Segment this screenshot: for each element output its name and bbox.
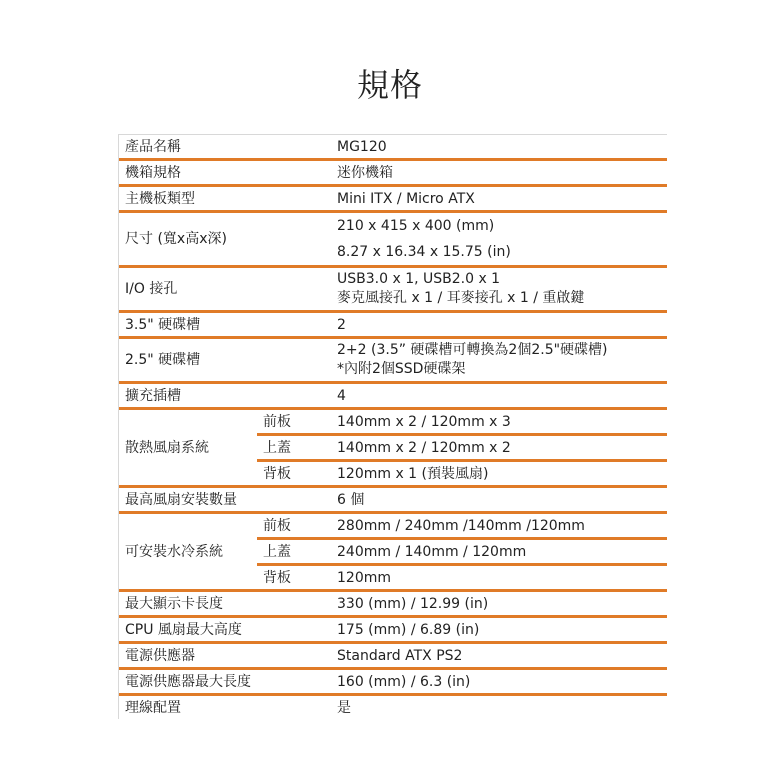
spec-value: 240mm / 140mm / 120mm <box>331 540 667 563</box>
spec-value-mm: 210 x 415 x 400 (mm) <box>337 213 667 239</box>
spec-value-line: *內附2個SSD硬碟架 <box>337 360 667 379</box>
spec-label: 可安裝水冷系統 <box>119 514 257 589</box>
spec-value: 120mm x 1 (預裝風扇) <box>331 462 667 485</box>
spec-value-group: USB3.0 x 1, USB2.0 x 1 麥克風接孔 x 1 / 耳麥接孔 … <box>331 268 667 310</box>
spec-sub-label: 背板 <box>257 462 331 485</box>
spec-row-dimensions: 尺寸 (寬x高x深) 210 x 415 x 400 (mm) 8.27 x 1… <box>119 213 667 268</box>
spec-row-cable-mgmt: 理線配置 是 <box>119 696 667 719</box>
spec-value: 140mm x 2 / 120mm x 3 <box>331 410 667 433</box>
spec-value: 160 (mm) / 6.3 (in) <box>331 670 667 693</box>
spec-row-motherboard: 主機板類型 Mini ITX / Micro ATX <box>119 187 667 213</box>
spec-value-line: USB3.0 x 1, USB2.0 x 1 <box>337 270 667 289</box>
spec-row-io-ports: I/O 接孔 USB3.0 x 1, USB2.0 x 1 麥克風接孔 x 1 … <box>119 268 667 313</box>
spec-label: 最高風扇安裝數量 <box>119 488 331 511</box>
spec-row-psu-length: 電源供應器最大長度 160 (mm) / 6.3 (in) <box>119 670 667 696</box>
spec-row-cpu-cooler: CPU 風扇最大高度 175 (mm) / 6.89 (in) <box>119 618 667 644</box>
page-title: 規格 <box>0 60 780 106</box>
spec-subrow: 上蓋 140mm x 2 / 120mm x 2 <box>257 436 667 462</box>
spec-value-group: 210 x 415 x 400 (mm) 8.27 x 16.34 x 15.7… <box>331 213 667 265</box>
spec-table: 產品名稱 MG120 機箱規格 迷你機箱 主機板類型 Mini ITX / Mi… <box>118 134 667 719</box>
spec-subrow: 前板 140mm x 2 / 120mm x 3 <box>257 410 667 436</box>
spec-label: 機箱規格 <box>119 161 331 184</box>
spec-row-bay-25: 2.5" 硬碟槽 2+2 (3.5” 硬碟槽可轉換為2個2.5"硬碟槽) *內附… <box>119 339 667 384</box>
spec-value-in: 8.27 x 16.34 x 15.75 (in) <box>337 239 667 265</box>
spec-sub-label: 背板 <box>257 566 331 589</box>
spec-row-product-name: 產品名稱 MG120 <box>119 135 667 161</box>
spec-sub-label: 前板 <box>257 514 331 537</box>
spec-label: 主機板類型 <box>119 187 331 210</box>
spec-value-line: 麥克風接孔 x 1 / 耳麥接孔 x 1 / 重啟鍵 <box>337 289 667 308</box>
spec-value-line: 2+2 (3.5” 硬碟槽可轉換為2個2.5"硬碟槽) <box>337 341 667 360</box>
spec-label: 理線配置 <box>119 696 331 719</box>
spec-subrow: 背板 120mm x 1 (預裝風扇) <box>257 462 667 485</box>
spec-group-cooling-fans: 散熱風扇系統 前板 140mm x 2 / 120mm x 3 上蓋 140mm… <box>119 410 667 488</box>
spec-sub-label: 前板 <box>257 410 331 433</box>
spec-label: 最大顯示卡長度 <box>119 592 331 615</box>
spec-subrow: 上蓋 240mm / 140mm / 120mm <box>257 540 667 566</box>
spec-row-max-fans: 最高風扇安裝數量 6 個 <box>119 488 667 514</box>
spec-subrow: 前板 280mm / 240mm /140mm /120mm <box>257 514 667 540</box>
spec-subrows: 前板 280mm / 240mm /140mm /120mm 上蓋 240mm … <box>257 514 667 589</box>
spec-label: 電源供應器 <box>119 644 331 667</box>
spec-value: Standard ATX PS2 <box>331 644 667 667</box>
spec-label: 擴充插槽 <box>119 384 331 407</box>
spec-group-water-cooling: 可安裝水冷系統 前板 280mm / 240mm /140mm /120mm 上… <box>119 514 667 592</box>
spec-row-max-gpu: 最大顯示卡長度 330 (mm) / 12.99 (in) <box>119 592 667 618</box>
spec-row-case-type: 機箱規格 迷你機箱 <box>119 161 667 187</box>
spec-label: 產品名稱 <box>119 135 331 158</box>
spec-label: 2.5" 硬碟槽 <box>119 339 331 381</box>
spec-sub-label: 上蓋 <box>257 540 331 563</box>
spec-value: 330 (mm) / 12.99 (in) <box>331 592 667 615</box>
spec-value: 迷你機箱 <box>331 161 667 184</box>
spec-value: 4 <box>331 384 667 407</box>
spec-value: 280mm / 240mm /140mm /120mm <box>331 514 667 537</box>
spec-label: 尺寸 (寬x高x深) <box>119 213 331 265</box>
spec-value: 140mm x 2 / 120mm x 2 <box>331 436 667 459</box>
spec-label: 3.5" 硬碟槽 <box>119 313 331 336</box>
spec-row-psu: 電源供應器 Standard ATX PS2 <box>119 644 667 670</box>
spec-row-expansion: 擴充插槽 4 <box>119 384 667 410</box>
spec-sub-label: 上蓋 <box>257 436 331 459</box>
spec-subrows: 前板 140mm x 2 / 120mm x 3 上蓋 140mm x 2 / … <box>257 410 667 485</box>
spec-label: I/O 接孔 <box>119 268 331 310</box>
spec-value: 175 (mm) / 6.89 (in) <box>331 618 667 641</box>
spec-value: Mini ITX / Micro ATX <box>331 187 667 210</box>
spec-value: 是 <box>331 696 667 719</box>
spec-value-group: 2+2 (3.5” 硬碟槽可轉換為2個2.5"硬碟槽) *內附2個SSD硬碟架 <box>331 339 667 381</box>
spec-label: 散熱風扇系統 <box>119 410 257 485</box>
spec-value: 120mm <box>331 566 667 589</box>
spec-value: 6 個 <box>331 488 667 511</box>
spec-value: 2 <box>331 313 667 336</box>
spec-value: MG120 <box>331 135 667 158</box>
spec-row-bay-35: 3.5" 硬碟槽 2 <box>119 313 667 339</box>
spec-label: CPU 風扇最大高度 <box>119 618 331 641</box>
spec-subrow: 背板 120mm <box>257 566 667 589</box>
spec-label: 電源供應器最大長度 <box>119 670 331 693</box>
